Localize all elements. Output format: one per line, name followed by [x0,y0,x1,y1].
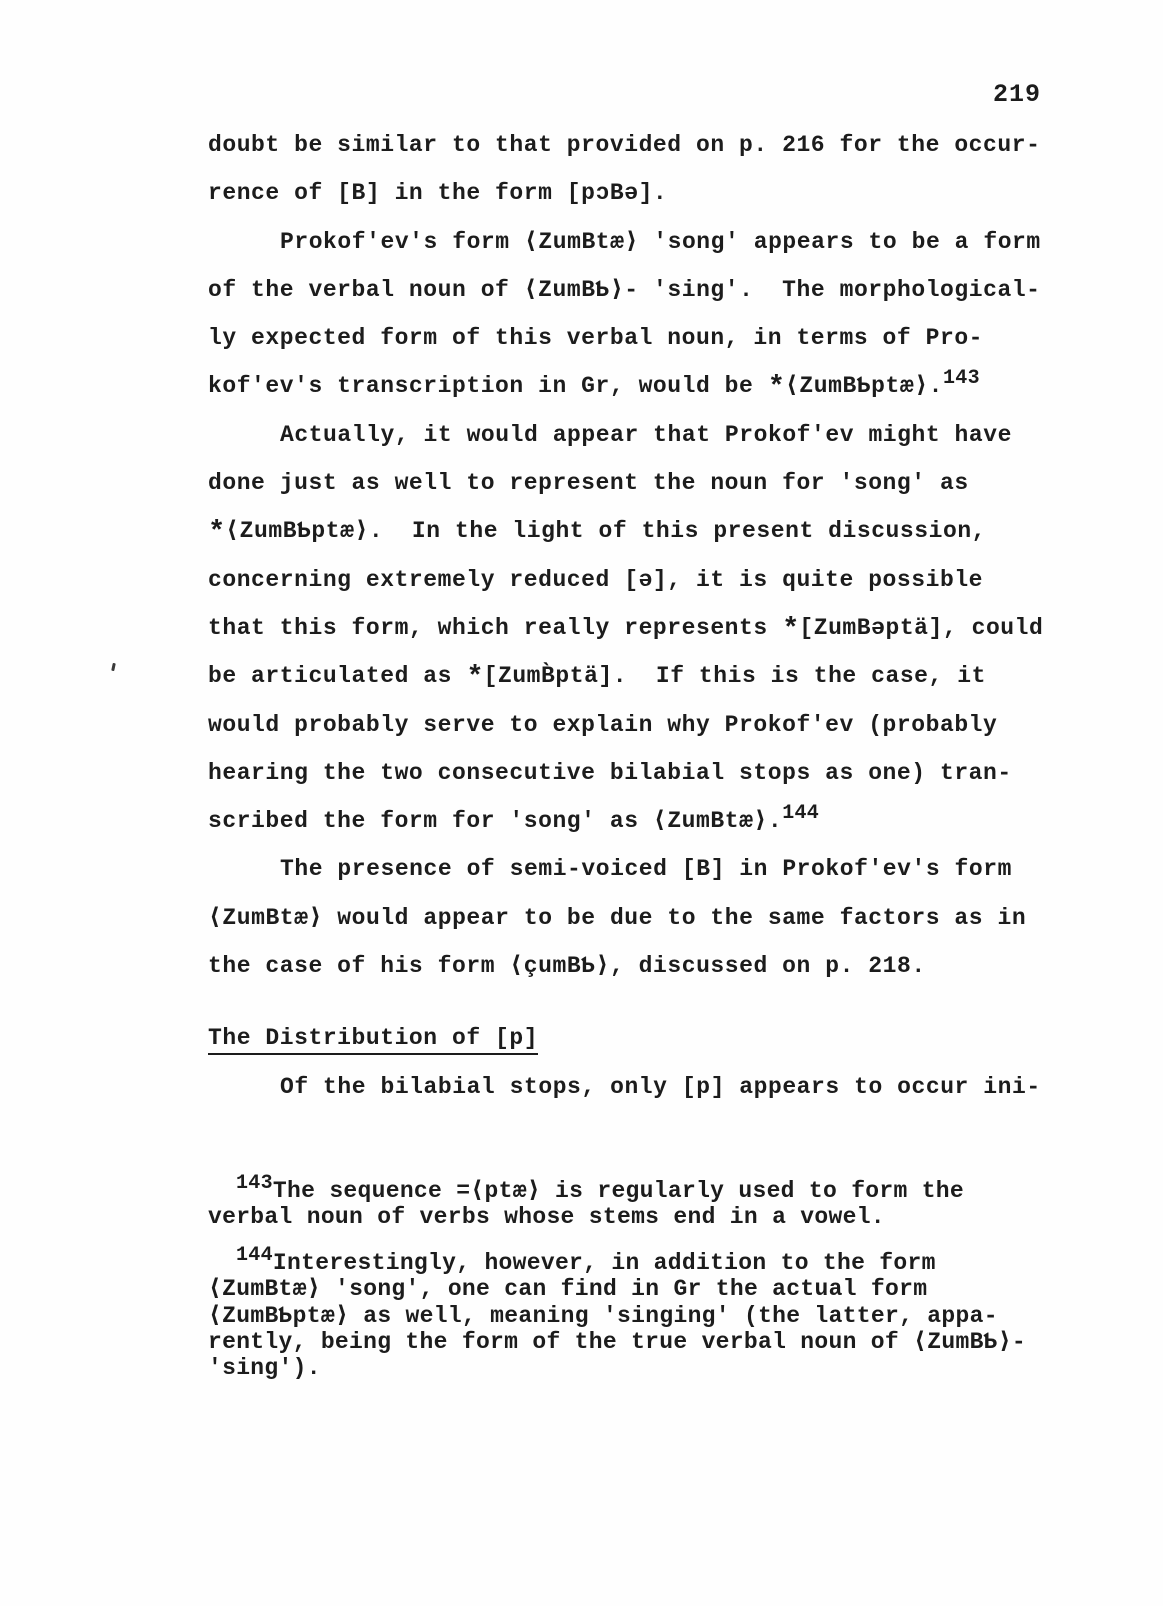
text-line: be articulated as *[ZumB̀ptä]. If this i… [208,652,1088,700]
line-text: kof'ev's transcription in Gr, would be *… [208,373,943,399]
line-text: The presence of semi-voiced [B] in Proko… [280,856,1012,882]
footnote-number: 144 [236,1244,273,1267]
footnote-line: ⟨ZumBtæ⟩ 'song', one can find in Gr the … [208,1276,1088,1302]
text-line: *⟨ZumBƄptæ⟩. In the light of this presen… [208,507,1088,555]
text-line: would probably serve to explain why Prok… [208,701,1088,749]
line-text: Actually, it would appear that Prokof'ev… [280,422,1012,448]
footnotes: 143The sequence =⟨ptæ⟩ is regularly used… [208,1178,1088,1401]
footnote-line: ⟨ZumBƄptæ⟩ as well, meaning 'singing' (t… [208,1303,1088,1329]
body-text: doubt be similar to that provided on p. … [208,121,1088,1111]
text-line: concerning extremely reduced [ə], it is … [208,556,1088,604]
stray-mark [111,663,116,671]
footnote-line: 'sing'). [208,1355,1088,1381]
text-line: ly expected form of this verbal noun, in… [208,314,1088,362]
footnote-line-text: ⟨ZumBtæ⟩ 'song', one can find in Gr the … [208,1276,927,1302]
line-text: be articulated as *[ZumB̀ptä]. If this i… [208,663,986,689]
footnote-line: 144Interestingly, however, in addition t… [208,1250,1088,1276]
text-line: that this form, which really represents … [208,604,1088,652]
line-text: concerning extremely reduced [ə], it is … [208,567,983,593]
line-text: ly expected form of this verbal noun, in… [208,325,983,351]
text-line: Actually, it would appear that Prokof'ev… [208,411,1088,459]
section-heading: The Distribution of [p] [208,1025,538,1055]
asterisk-mark: * [782,613,799,646]
footnote-line-text: ⟨ZumBƄptæ⟩ as well, meaning 'singing' (t… [208,1303,998,1329]
line-text: rence of [B] in the form [pɔBə]. [208,180,667,206]
footnote-line-text: 'sing'). [208,1355,321,1381]
footnote-line: rently, being the form of the true verba… [208,1329,1088,1355]
footnote-line-text: Interestingly, however, in addition to t… [273,1250,936,1276]
footnote-line: 143The sequence =⟨ptæ⟩ is regularly used… [208,1178,1088,1204]
line-text: the case of his form ⟨çumBƄ⟩, discussed … [208,953,926,979]
line-text: of the verbal noun of ⟨ZumBƄ⟩- 'sing'. T… [208,277,1041,303]
paragraphs-after-heading: Of the bilabial stops, only [p] appears … [208,1063,1088,1111]
asterisk-mark: * [466,661,483,694]
footnote-reference: 144 [782,802,819,825]
section-heading-row: The Distribution of [p] [208,1014,1088,1062]
asterisk-mark: * [208,516,225,549]
text-line: Prokof'ev's form ⟨ZumBtæ⟩ 'song' appears… [208,218,1088,266]
line-text: Of the bilabial stops, only [p] appears … [280,1074,1041,1100]
line-text: scribed the form for 'song' as ⟨ZumBtæ⟩. [208,808,782,834]
footnote-line-text: The sequence =⟨ptæ⟩ is regularly used to… [273,1178,964,1204]
footnote-line-text: verbal noun of verbs whose stems end in … [208,1204,885,1230]
line-text: that this form, which really represents … [208,615,1043,641]
text-line: the case of his form ⟨çumBƄ⟩, discussed … [208,942,1088,990]
text-line: ⟨ZumBtæ⟩ would appear to be due to the s… [208,894,1088,942]
line-text: *⟨ZumBƄptæ⟩. In the light of this presen… [208,518,986,544]
text-line: hearing the two consecutive bilabial sto… [208,749,1088,797]
text-line: Of the bilabial stops, only [p] appears … [208,1063,1088,1111]
line-text: done just as well to represent the noun … [208,470,969,496]
footnote: 144Interestingly, however, in addition t… [208,1250,1088,1382]
text-line: scribed the form for 'song' as ⟨ZumBtæ⟩.… [208,797,1088,845]
footnote: 143The sequence =⟨ptæ⟩ is regularly used… [208,1178,1088,1231]
line-text: ⟨ZumBtæ⟩ would appear to be due to the s… [208,905,1026,931]
paragraphs-before-heading: doubt be similar to that provided on p. … [208,121,1088,990]
line-text: Prokof'ev's form ⟨ZumBtæ⟩ 'song' appears… [280,229,1041,255]
page-number: 219 [993,80,1041,109]
footnote-number: 143 [236,1172,273,1195]
line-text: doubt be similar to that provided on p. … [208,132,1040,158]
asterisk-mark: * [768,371,785,404]
text-line: rence of [B] in the form [pɔBə]. [208,169,1088,217]
text-line: The presence of semi-voiced [B] in Proko… [208,845,1088,893]
footnote-reference: 143 [943,367,980,390]
document-page: 219 doubt be similar to that provided on… [0,0,1163,1606]
text-line: kof'ev's transcription in Gr, would be *… [208,362,1088,410]
footnote-line: verbal noun of verbs whose stems end in … [208,1204,1088,1230]
text-line: doubt be similar to that provided on p. … [208,121,1088,169]
text-line: of the verbal noun of ⟨ZumBƄ⟩- 'sing'. T… [208,266,1088,314]
footnote-line-text: rently, being the form of the true verba… [208,1329,1026,1355]
text-line: done just as well to represent the noun … [208,459,1088,507]
line-text: would probably serve to explain why Prok… [208,712,997,738]
line-text: hearing the two consecutive bilabial sto… [208,760,1012,786]
